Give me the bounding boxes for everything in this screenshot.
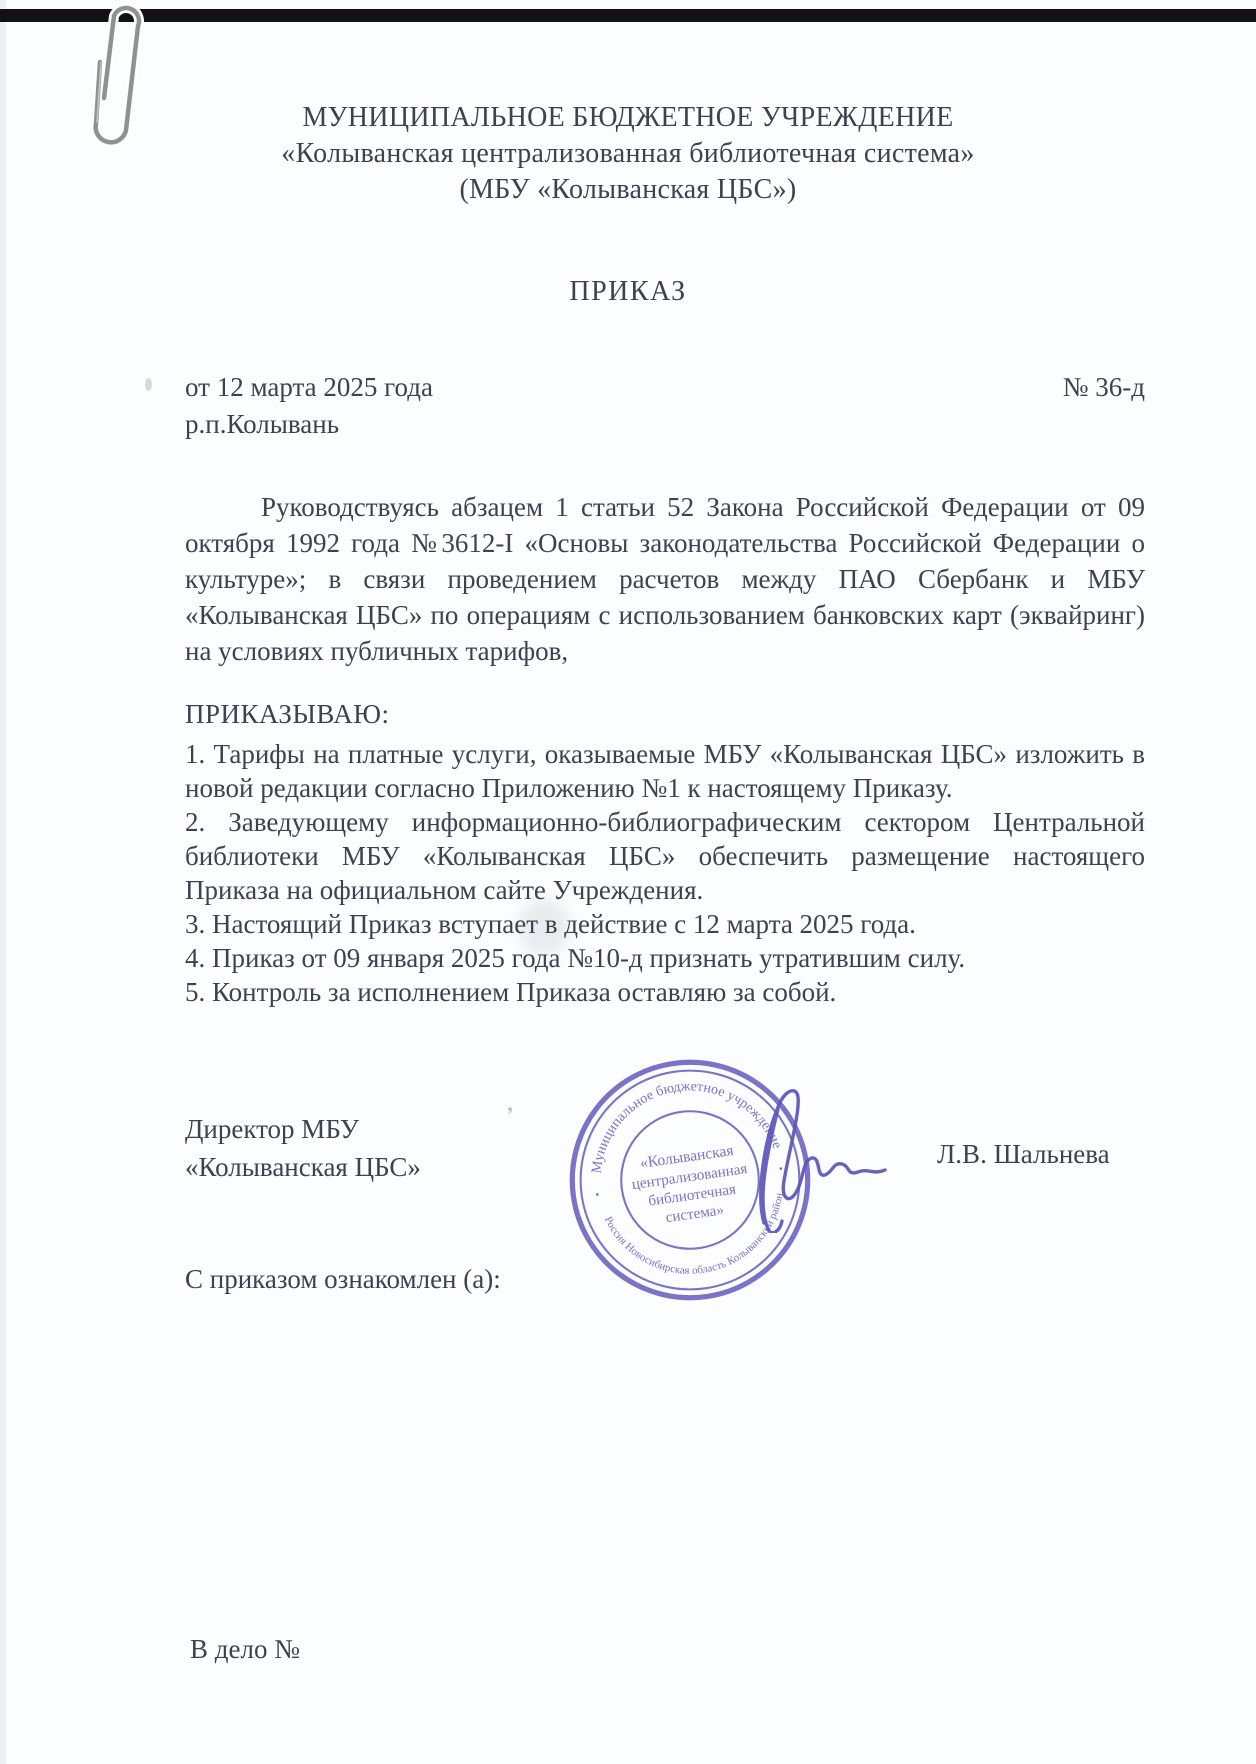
order-place: р.п.Колывань [185, 409, 339, 440]
scan-edge-strip [0, 0, 6, 1764]
scan-artifact [145, 378, 152, 391]
signer-position-line2: «Колыванская ЦБС» [185, 1148, 421, 1186]
order-date: от 12 марта 2025 года [185, 372, 433, 403]
org-name-line2: «Колыванская централизованная библиотечн… [0, 136, 1256, 172]
signer-position: Директор МБУ «Колыванская ЦБС» [185, 1110, 421, 1186]
scan-artifact: 𝄒 [503, 1108, 513, 1142]
resolution-item-3: 3. Настоящий Приказ вступает в действие … [185, 907, 1145, 941]
signer-position-line1: Директор МБУ [185, 1110, 421, 1148]
resolution-item-1: 1. Тарифы на платные услуги, оказываемые… [185, 737, 1145, 805]
resolution-item-2: 2. Заведующему информационно-библиографи… [185, 805, 1145, 907]
resolution-item-5: 5. Контроль за исполнением Приказа остав… [185, 975, 1145, 1009]
signer-name: Л.В. Шальнева [937, 1139, 1110, 1170]
resolution-item-4: 4. Приказ от 09 января 2025 года №10-д п… [185, 941, 1145, 975]
signature-ink-icon [742, 1083, 892, 1233]
org-name-line3: (МБУ «Колыванская ЦБС») [0, 172, 1256, 208]
org-name-line1: МУНИЦИПАЛЬНОЕ БЮДЖЕТНОЕ УЧРЕЖДЕНИЕ [0, 100, 1256, 136]
resolution-list: 1. Тарифы на платные услуги, оказываемые… [185, 737, 1145, 1009]
stamp-separator-dot: • [595, 1189, 601, 1201]
meta-row: от 12 марта 2025 года № 36-д [185, 372, 1145, 403]
scanned-order-page: 𝄒 МУНИЦИПАЛЬНОЕ БЮДЖЕТНОЕ УЧРЕЖДЕНИЕ «Ко… [0, 0, 1256, 1764]
resolution-heading: ПРИКАЗЫВАЮ: [185, 699, 389, 730]
order-number: № 36-д [1063, 372, 1145, 403]
acknowledgement-line: С приказом ознакомлен (а): [185, 1264, 501, 1295]
filing-line: В дело № [190, 1634, 300, 1665]
scan-top-edge-line [0, 9, 1256, 22]
letterhead: МУНИЦИПАЛЬНОЕ БЮДЖЕТНОЕ УЧРЕЖДЕНИЕ «Колы… [0, 100, 1256, 208]
preamble-paragraph: Руководствуясь абзацем 1 статьи 52 Закон… [185, 489, 1145, 669]
director-signature [742, 1083, 892, 1233]
document-title: ПРИКАЗ [0, 276, 1256, 308]
